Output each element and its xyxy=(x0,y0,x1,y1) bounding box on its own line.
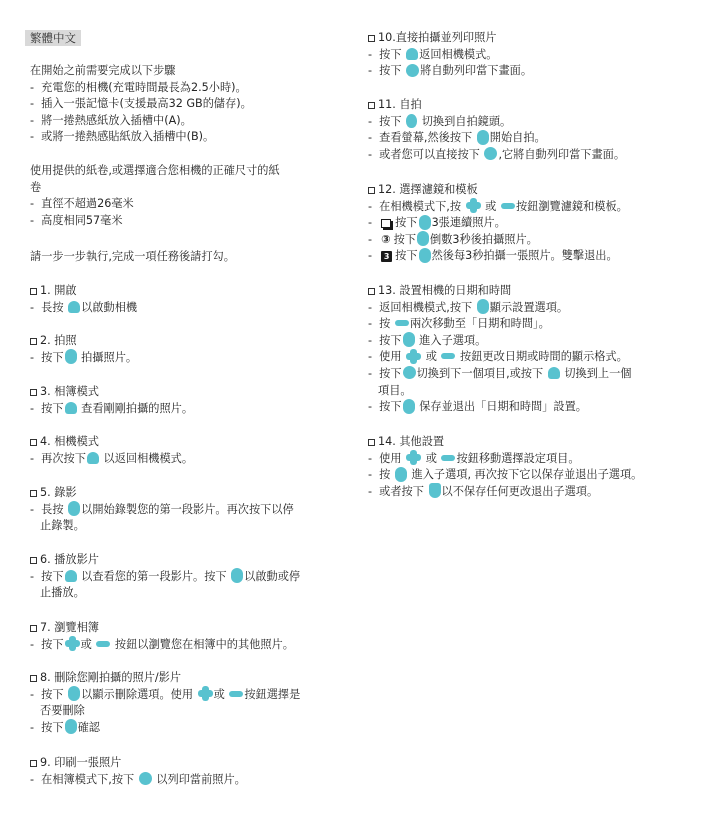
shutter-button-icon xyxy=(403,332,415,347)
step-4: 4. 相機模式 - 再次按下 以返回相機模式。 xyxy=(30,434,340,467)
print-button-icon xyxy=(484,147,497,160)
button-icon xyxy=(68,301,80,313)
shutter-button-icon xyxy=(419,215,431,230)
shutter-button-icon xyxy=(395,467,407,482)
minus-button-icon xyxy=(441,353,455,359)
step-8: 8. 刪除您剛拍攝的照片/影片 - 按下 以顯示刪除選項。使用 或 按鈕選擇是 … xyxy=(30,670,340,736)
step-14: 14. 其他設置 - 使用 或 按鈕移動選擇設定項目。 - 按 進入子選項, 再… xyxy=(368,434,688,500)
step-9: 9. 印刷一張照片 - 在相簿模式下,按下 以列印當前照片。 xyxy=(30,755,340,788)
step-title: 6. 播放影片 xyxy=(40,552,99,569)
step-title: 2. 拍照 xyxy=(40,333,77,350)
checkbox[interactable] xyxy=(368,35,375,42)
intro-item: - 或將一捲熱感貼紙放入插槽中(B)。 xyxy=(30,129,340,146)
shutter-button-icon xyxy=(417,231,429,246)
plus-button-icon xyxy=(406,450,421,465)
shutter-button-icon xyxy=(419,248,431,263)
shutter-button-icon xyxy=(65,349,77,364)
checkbox[interactable] xyxy=(30,389,37,396)
checkbox[interactable] xyxy=(368,187,375,194)
checkbox[interactable] xyxy=(30,288,37,295)
intro-item: - 充電您的相機(充電時間最長為2.5小時)。 xyxy=(30,80,340,97)
step-title: 11. 自拍 xyxy=(378,97,422,114)
minus-button-icon xyxy=(441,455,455,461)
menu-button-icon xyxy=(68,686,80,701)
shutter-button-icon xyxy=(231,568,243,583)
burst-mode-icon xyxy=(381,219,391,228)
checkbox[interactable] xyxy=(30,490,37,497)
step-title: 12. 選擇濾鏡和模板 xyxy=(378,182,478,199)
intro-section: 在開始之前需要完成以下步驟 - 充電您的相機(充電時間最長為2.5小時)。 - … xyxy=(30,63,340,146)
step-title: 14. 其他設置 xyxy=(378,434,444,451)
plus-button-icon xyxy=(198,686,213,701)
checkbox[interactable] xyxy=(368,102,375,109)
shutter-button-icon xyxy=(68,501,80,516)
interval-mode-icon: 3 xyxy=(381,251,392,262)
paper-text: 使用提供的紙卷,或選擇適合您相機的正確尺寸的紙 xyxy=(30,163,340,180)
minus-button-icon xyxy=(501,203,515,209)
step-12: 12. 選擇濾鏡和模板 - 在相機模式下,按 或 按鈕瀏覽濾鏡和模板。 - 按下… xyxy=(368,182,688,265)
plus-button-icon xyxy=(406,349,421,364)
minus-button-icon xyxy=(395,320,409,326)
checkbox[interactable] xyxy=(368,439,375,446)
checkbox[interactable] xyxy=(30,557,37,564)
step-13: 13. 設置相機的日期和時間 - 返回相機模式,按下 顯示設置選項。 - 按 兩… xyxy=(368,283,688,416)
menu-button-icon xyxy=(477,299,489,314)
step-5: 5. 錄影 - 長按 以開始錄製您的第一段影片。再次按下以停 止錄製。 xyxy=(30,485,340,535)
album-button-icon xyxy=(548,367,560,379)
print-button-icon xyxy=(406,64,419,77)
checkbox[interactable] xyxy=(30,625,37,632)
intro-heading: 在開始之前需要完成以下步驟 xyxy=(30,63,340,80)
paper-text-cont: 卷 xyxy=(30,180,340,197)
menu-button-icon xyxy=(429,483,441,498)
paper-section: 使用提供的紙卷,或選擇適合您相機的正確尺寸的紙 卷 - 直徑不超過26毫米 - … xyxy=(30,163,340,229)
print-button-icon xyxy=(139,772,152,785)
step-title: 5. 錄影 xyxy=(40,485,77,502)
step-6: 6. 播放影片 - 按下 以查看您的第一段影片。按下 以啟動或停 止播放。 xyxy=(30,552,340,602)
step-3: 3. 相簿模式 - 按下 查看剛剛拍攝的照片。 xyxy=(30,384,340,417)
language-tag: 繁體中文 xyxy=(25,30,81,46)
checkbox[interactable] xyxy=(368,288,375,295)
step-title: 7. 瀏覽相簿 xyxy=(40,620,99,637)
paper-item: - 高度相同57毫米 xyxy=(30,213,340,230)
plus-button-icon xyxy=(65,636,80,651)
timer-mode-icon: ③ xyxy=(381,232,390,249)
checkbox[interactable] xyxy=(30,760,37,767)
print-button-icon xyxy=(403,366,416,379)
checkbox[interactable] xyxy=(30,439,37,446)
instruction-text: 請一步一步執行,完成一項任務後請打勾。 xyxy=(30,249,340,266)
step-title: 3. 相簿模式 xyxy=(40,384,99,401)
intro-item: - 將一捲熱感紙放入插槽中(A)。 xyxy=(30,113,340,130)
step-7: 7. 瀏覽相簿 - 按下或 按鈕以瀏覽您在相簿中的其他照片。 xyxy=(30,620,340,653)
step-2: 2. 拍照 - 按下 拍攝照片。 xyxy=(30,333,340,366)
album-button-icon xyxy=(87,452,99,464)
intro-item: - 插入一張記憶卡(支援最高32 GB的儲存)。 xyxy=(30,96,340,113)
step-title: 1. 開啟 xyxy=(40,283,77,300)
shutter-button-icon xyxy=(477,130,489,145)
album-button-icon xyxy=(65,570,77,582)
paper-item: - 直徑不超過26毫米 xyxy=(30,196,340,213)
album-button-icon xyxy=(65,402,77,414)
step-title: 10.直接拍攝並列印照片 xyxy=(378,30,496,47)
step-11: 11. 自拍 - 按下 切換到自拍鏡頭。 - 查看螢幕,然後按下 開始自拍。 -… xyxy=(368,97,688,163)
step-10: 10.直接拍攝並列印照片 - 按下 返回相機模式。 - 按下 將自動列印當下畫面… xyxy=(368,30,688,80)
plus-button-icon xyxy=(466,198,481,213)
checkbox[interactable] xyxy=(30,338,37,345)
checkbox[interactable] xyxy=(30,675,37,682)
step-title: 4. 相機模式 xyxy=(40,434,99,451)
selfie-button-icon xyxy=(406,114,417,128)
minus-button-icon xyxy=(96,641,110,647)
minus-button-icon xyxy=(229,691,243,697)
step-1: 1. 開啟 - 長按 以啟動相機 xyxy=(30,283,340,316)
step-title: 9. 印刷一張照片 xyxy=(40,755,121,772)
shutter-button-icon xyxy=(65,719,77,734)
step-title: 8. 刪除您剛拍攝的照片/影片 xyxy=(40,670,181,687)
album-button-icon xyxy=(406,48,418,60)
step-title: 13. 設置相機的日期和時間 xyxy=(378,283,511,300)
shutter-button-icon xyxy=(403,399,415,414)
